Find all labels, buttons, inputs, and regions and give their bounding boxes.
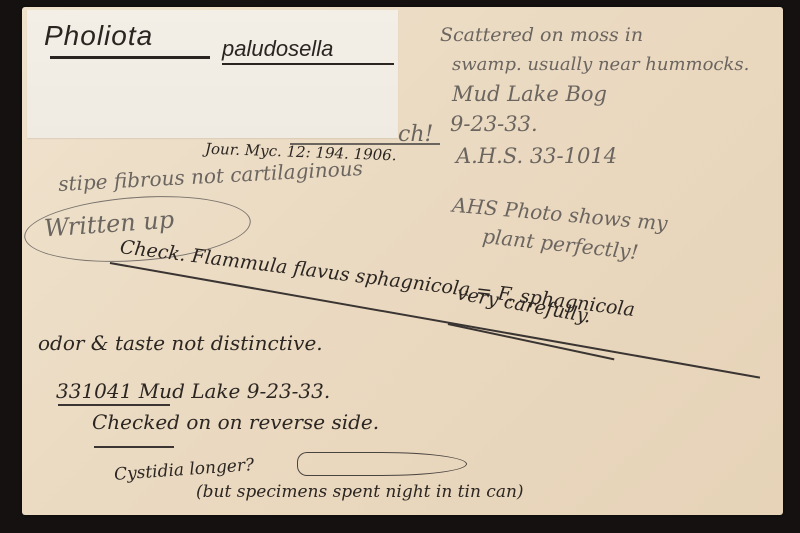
date-note: 9-23-33. bbox=[450, 114, 538, 135]
genus-underline bbox=[50, 56, 210, 59]
species-underline bbox=[222, 63, 394, 65]
habitat-note-line2: swamp. usually near hummocks. bbox=[452, 56, 749, 74]
collection-number: A.H.S. 33-1014 bbox=[456, 146, 617, 167]
species-name: paludosella bbox=[222, 36, 333, 62]
specimen-number-underline bbox=[58, 404, 170, 406]
locality-note: Mud Lake Bog bbox=[452, 84, 607, 105]
cystidium-sketch bbox=[297, 452, 467, 476]
checked-underline bbox=[94, 446, 174, 448]
habitat-note-line1: Scattered on moss in bbox=[440, 26, 643, 45]
checked-reverse-note: Checked on on reverse side. bbox=[92, 412, 379, 432]
genus-name: Pholiota bbox=[44, 20, 153, 52]
odor-taste-note: odor & taste not distinctive. bbox=[38, 333, 323, 353]
reference-underline bbox=[290, 143, 440, 145]
specimen-reference: 331041 Mud Lake 9-23-33. bbox=[56, 381, 330, 401]
tin-can-note: (but specimens spent night in tin can) bbox=[196, 484, 524, 501]
